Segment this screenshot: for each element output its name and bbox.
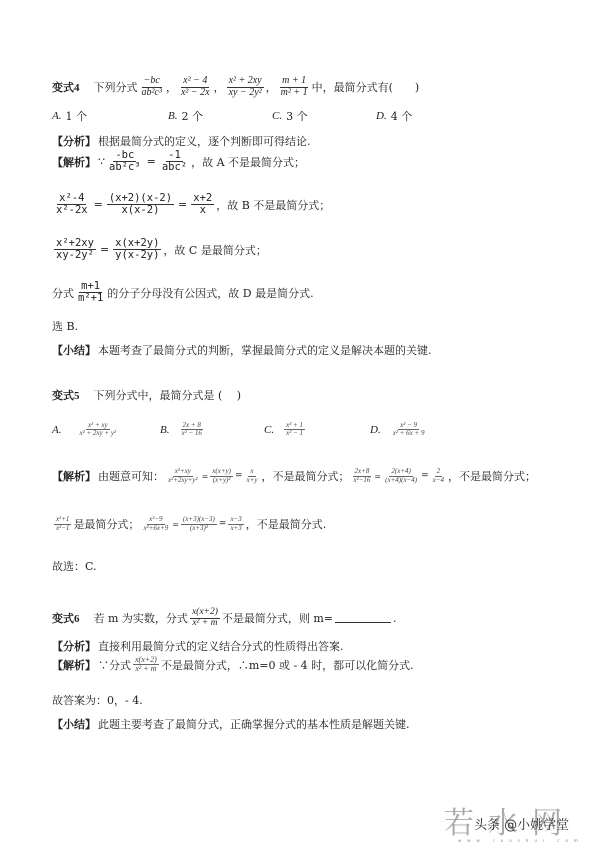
q5-stem: 变式5 下列分式中，最简分式是 ( ) xyxy=(52,387,241,403)
q4-stem-text: 下列分式 xyxy=(94,79,138,95)
watermark: 若水网 头条 @小姚学堂 www ruoshui com xyxy=(440,798,600,846)
q4-stem-end: 中，最简分式有( ) xyxy=(312,79,420,95)
q5-solution-line1: 【解析】 由题意可知： x²+xyx²+2xy+y² = x(x+y)(x+y)… xyxy=(52,468,536,484)
q4-fraction-1: −bcab²c³ xyxy=(140,76,164,98)
q4-solution-b: x²-4x²-2x = (x+2)(x-2)x(x-2) = x+2x ，故 B… xyxy=(52,193,330,216)
q6-label: 变式6 xyxy=(52,610,80,626)
q4-stem: 变式4 下列分式 −bcab²c³ ， x² − 4x² − 2x ， x² +… xyxy=(52,76,419,98)
q4-fraction-2: x² − 4x² − 2x xyxy=(179,76,212,98)
q5-label: 变式5 xyxy=(52,387,80,403)
q6-solution: 【解析】 ∵分式 x(x+2)x² + m 不是最简分式，∴m=0 或 - 4 … xyxy=(52,656,414,674)
q6-stem: 变式6 若 m 为实数，分式 x(x+2)x² + m 不是最简分式，则 m= … xyxy=(52,608,397,629)
q4-choose: 选 B. xyxy=(52,318,78,334)
answer-blank xyxy=(335,613,391,623)
watermark-url: www ruoshui com xyxy=(458,838,584,843)
q4-solution-d: 分式 m+1m²+1 的分子分母没有公因式，故 D 最是简分式. xyxy=(52,281,314,304)
q5-option-d: D. x² − 9x² + 6x + 9 xyxy=(370,422,428,438)
q4-fraction-4: m + 1m² + 1 xyxy=(279,76,310,98)
q4-option-d: D.4 个 xyxy=(376,108,412,124)
q4-solution-a: 【解析】 ∵ -bcab²c³ = -1abc² ，故 A 不是最简分式； xyxy=(52,150,305,173)
q4-fraction-3: x² + 2xyxy − 2y² xyxy=(227,76,264,98)
q4-option-b: B.2 个 xyxy=(168,108,203,124)
q6-answer: 故答案为：0，- 4. xyxy=(52,692,143,708)
q5-option-b: B. 2x + 8x² − 16 xyxy=(160,422,206,438)
q5-option-a: A. x² + xyx² + 2xy + y² xyxy=(52,422,120,438)
q4-label: 变式4 xyxy=(52,79,80,95)
q4-summary: 【小结】本题考查了最简分式的判断，掌握最简分式的定义是解决本题的关键. xyxy=(52,342,432,358)
q5-answer: 故选：C. xyxy=(52,558,97,574)
q5-option-c: C. x² + 1x² − 1 xyxy=(264,422,307,438)
q4-analysis: 【分析】根据最简分式的定义，逐个判断即可得结论. xyxy=(52,133,311,149)
document-page: 变式4 下列分式 −bcab²c³ ， x² − 4x² − 2x ， x² +… xyxy=(0,0,600,849)
q6-analysis: 【分析】直接利用最简分式的定义结合分式的性质得出答案. xyxy=(52,638,344,654)
q4-option-c: C.3 个 xyxy=(272,108,308,124)
q4-solution-c: x²+2xyxy-2y² = x(x+2y)y(x-2y) ，故 C 是最简分式… xyxy=(52,238,267,261)
q4-option-a: A.1 个 xyxy=(52,108,87,124)
q6-summary: 【小结】此题主要考查了最简分式，正确掌握分式的基本性质是解题关键. xyxy=(52,716,410,732)
watermark-author: 头条 @小姚学堂 xyxy=(474,814,569,833)
q5-solution-line2: x²+1x²−1 是最简分式； x²−9x²+6x+9 = (x+3)(x−3)… xyxy=(52,516,326,532)
